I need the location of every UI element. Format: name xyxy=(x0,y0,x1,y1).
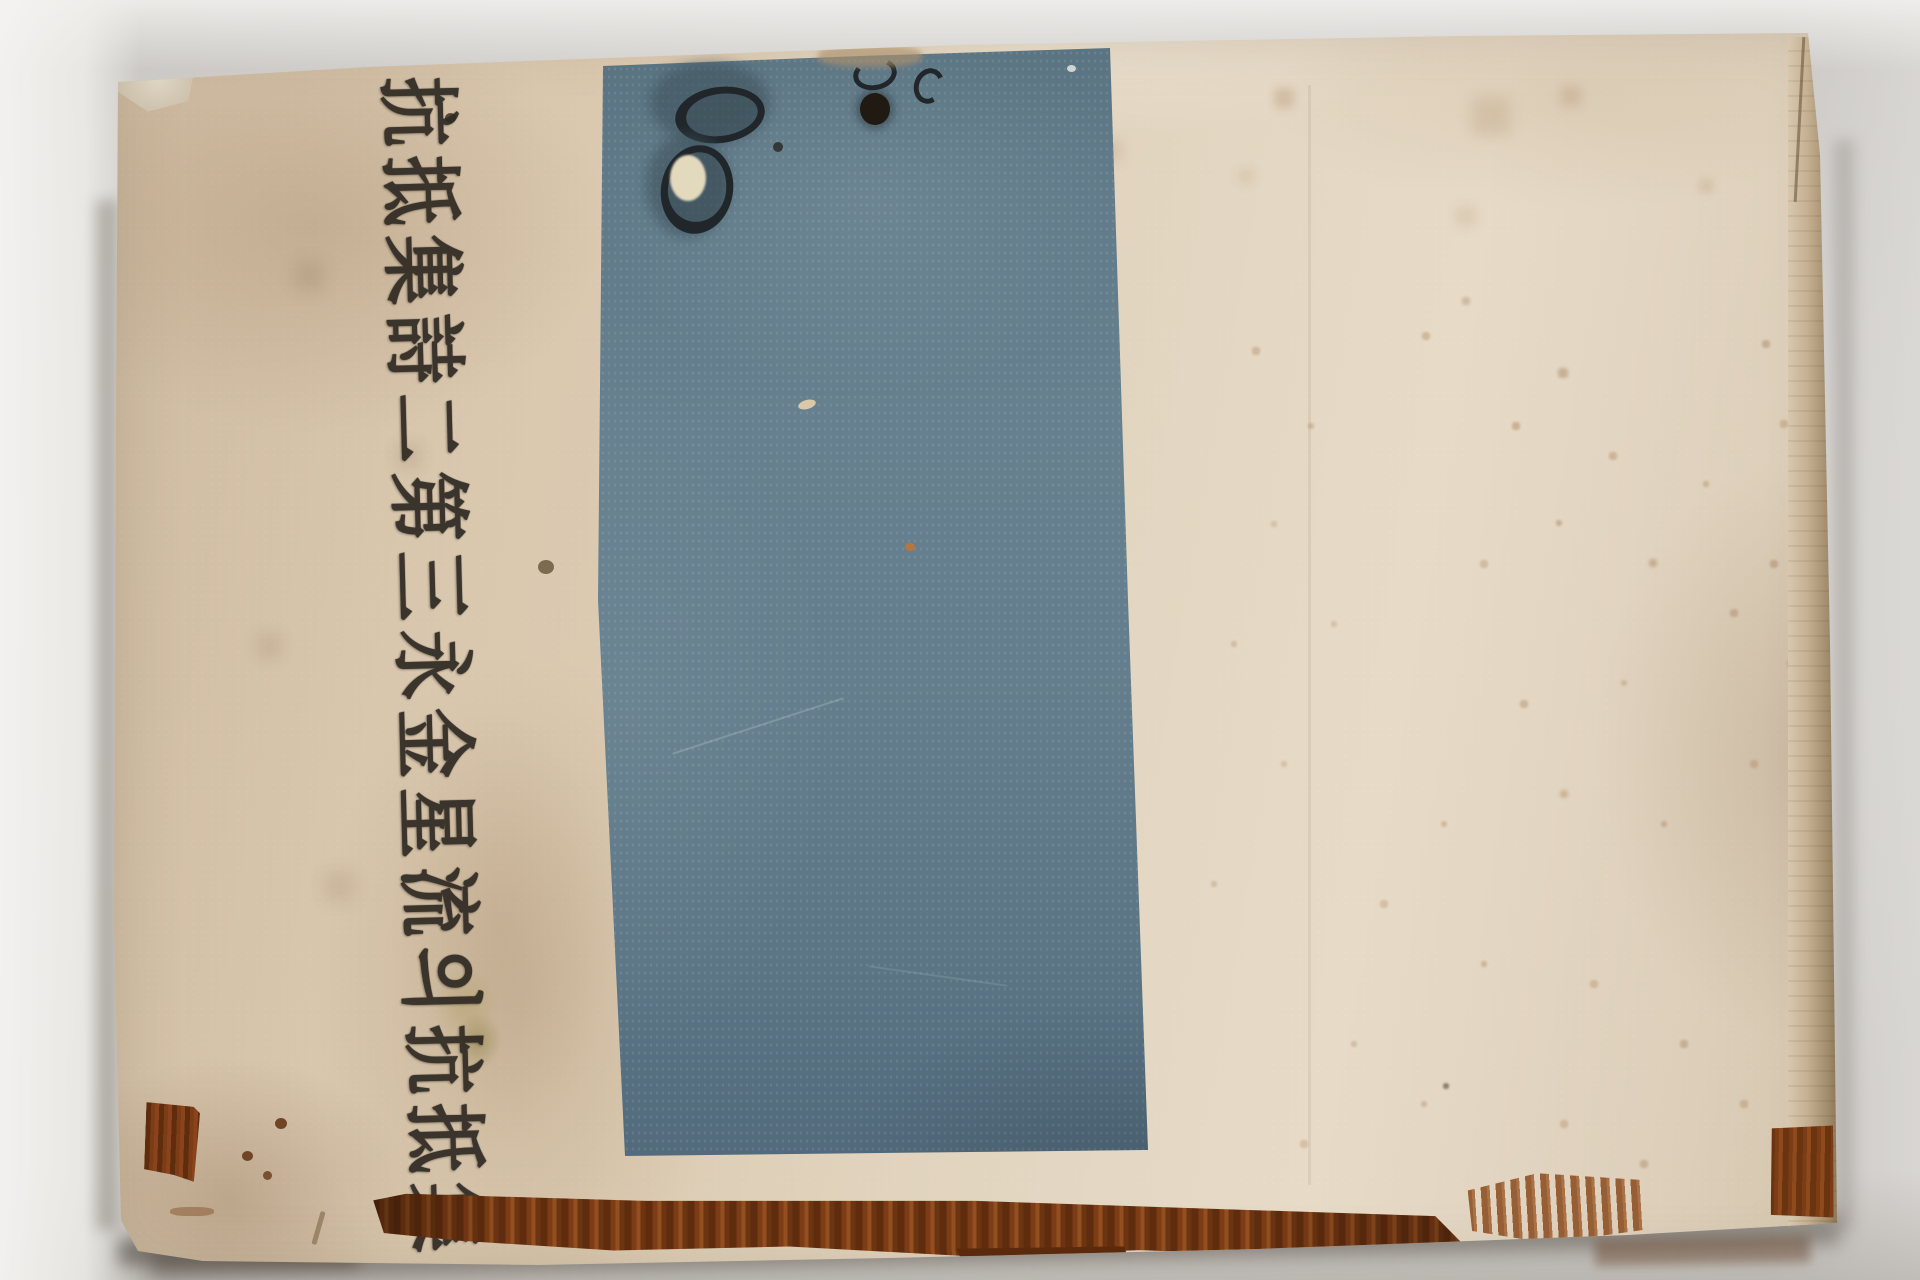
title-character: 抵 xyxy=(362,149,476,231)
foxing-specks xyxy=(108,25,110,27)
tape-right-corner xyxy=(1769,1125,1835,1218)
foxing-smudges xyxy=(108,25,110,27)
title-character: 詩 xyxy=(366,307,480,389)
dark-speck xyxy=(263,1171,272,1180)
tape-bottom-strip xyxy=(373,1192,1469,1261)
book-shadow-left xyxy=(96,200,118,1230)
paper-fleck xyxy=(797,398,817,411)
page-fore-edge xyxy=(1788,37,1838,1249)
title-character: 第 xyxy=(370,465,484,547)
book-shadow-tape xyxy=(1595,1236,1810,1266)
dark-speck xyxy=(275,1118,287,1129)
title-character: 流 xyxy=(381,860,495,942)
photo-background: 抗抵集詩二第三永金星流의抗抵集 xyxy=(0,0,1920,1280)
tape-residue xyxy=(1467,1163,1644,1245)
cover-crease xyxy=(1308,85,1311,1185)
brown-smear xyxy=(170,1207,214,1216)
scratch-mark xyxy=(672,697,844,755)
title-character: 集 xyxy=(364,228,478,310)
title-character: 二 xyxy=(368,386,482,468)
dark-speck xyxy=(538,560,554,574)
torn-paper xyxy=(104,21,201,115)
title-character: 星 xyxy=(379,781,493,863)
title-column: 抗抵集詩二第三永金星流의抗抵集 xyxy=(360,70,503,1258)
rust-speck xyxy=(905,543,915,551)
corner-crack xyxy=(311,1211,325,1245)
title-character: 의 xyxy=(383,939,497,1021)
scratch-mark xyxy=(869,965,1008,986)
title-character: 三 xyxy=(372,544,486,626)
title-character: 金 xyxy=(377,702,491,784)
title-character: 抵 xyxy=(387,1097,501,1179)
paper-fleck xyxy=(1067,65,1076,72)
title-character: 抗 xyxy=(360,70,474,152)
book-cover: 抗抵集詩二第三永金星流의抗抵集 xyxy=(108,25,1838,1275)
tape-left-edge xyxy=(144,1102,201,1182)
dark-speck xyxy=(242,1151,253,1161)
book-shadow-right xyxy=(1834,140,1854,1230)
title-character: 抗 xyxy=(385,1018,499,1100)
title-character: 永 xyxy=(374,623,488,705)
